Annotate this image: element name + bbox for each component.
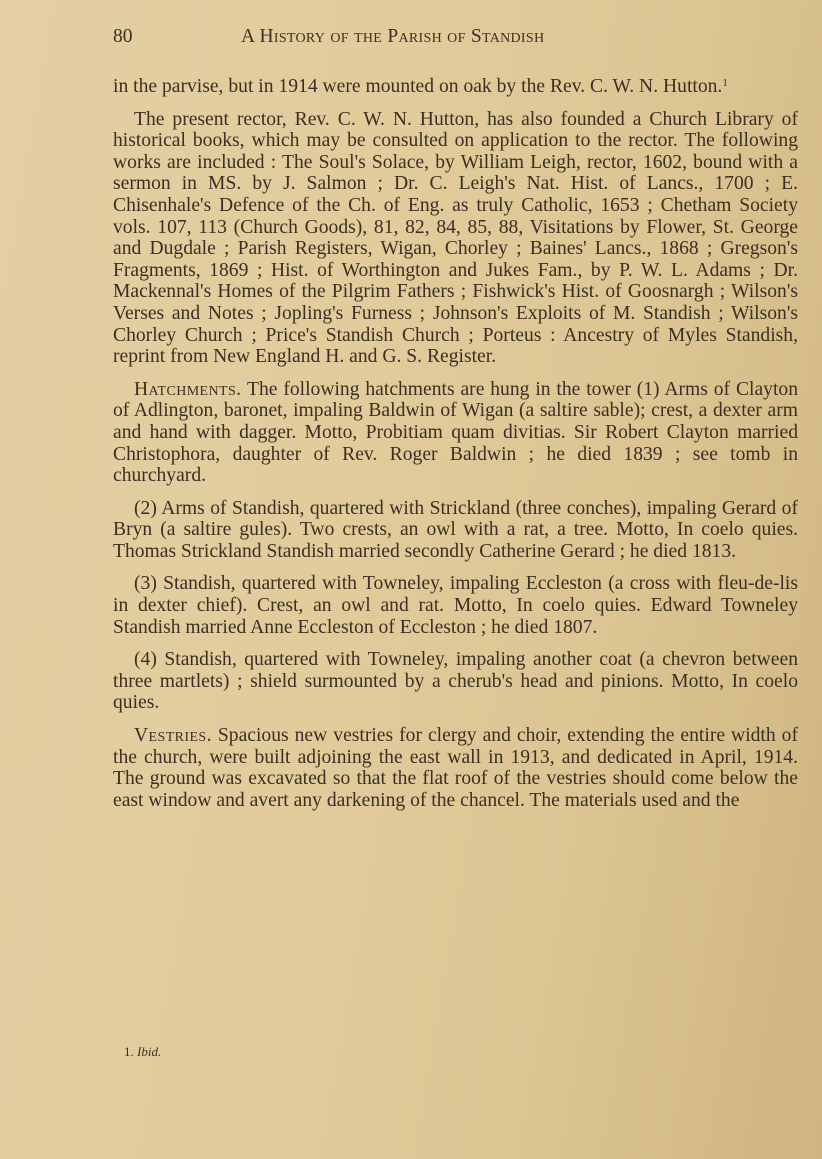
paragraph-hatchment-3: (3) Standish, quartered with Towneley, i…: [113, 573, 798, 638]
paragraph-text: (3) Standish, quartered with Towneley, i…: [113, 573, 798, 637]
footnote-reference: 1: [722, 77, 728, 89]
paragraph-text: (4) Standish, quartered with Towneley, i…: [113, 649, 798, 713]
paragraph-vestries: Vestries. Spacious new vestries for cler…: [113, 725, 798, 811]
paragraph-hatchment-4: (4) Standish, quartered with Towneley, i…: [113, 649, 798, 714]
section-heading-vestries: Vestries.: [134, 725, 212, 746]
page-header: 80 A History of the Parish of Standish: [113, 26, 798, 56]
footnote: 1. Ibid.: [124, 1044, 161, 1060]
body-text: in the parvise, but in 1914 were mounted…: [113, 76, 798, 822]
paragraph-text: Spacious new vestries for clergy and cho…: [113, 725, 798, 811]
footnote-text: Ibid.: [137, 1044, 161, 1059]
paragraph-parvise: in the parvise, but in 1914 were mounted…: [113, 76, 798, 98]
paragraph-text: (2) Arms of Standish, quartered with Str…: [113, 498, 798, 562]
paragraph-hatchment-2: (2) Arms of Standish, quartered with Str…: [113, 498, 798, 563]
paragraph-hatchments: Hatchments. The following hatchments are…: [113, 379, 798, 487]
paragraph-text: The present rector, Rev. C. W. N. Hutton…: [113, 109, 798, 368]
section-heading-hatchments: Hatchments.: [134, 379, 241, 400]
paragraph-church-library: The present rector, Rev. C. W. N. Hutton…: [113, 109, 798, 368]
footnote-number: 1.: [124, 1044, 134, 1059]
paragraph-text: in the parvise, but in 1914 were mounted…: [113, 76, 722, 97]
page-number: 80: [113, 26, 133, 48]
running-title: A History of the Parish of Standish: [241, 26, 544, 48]
